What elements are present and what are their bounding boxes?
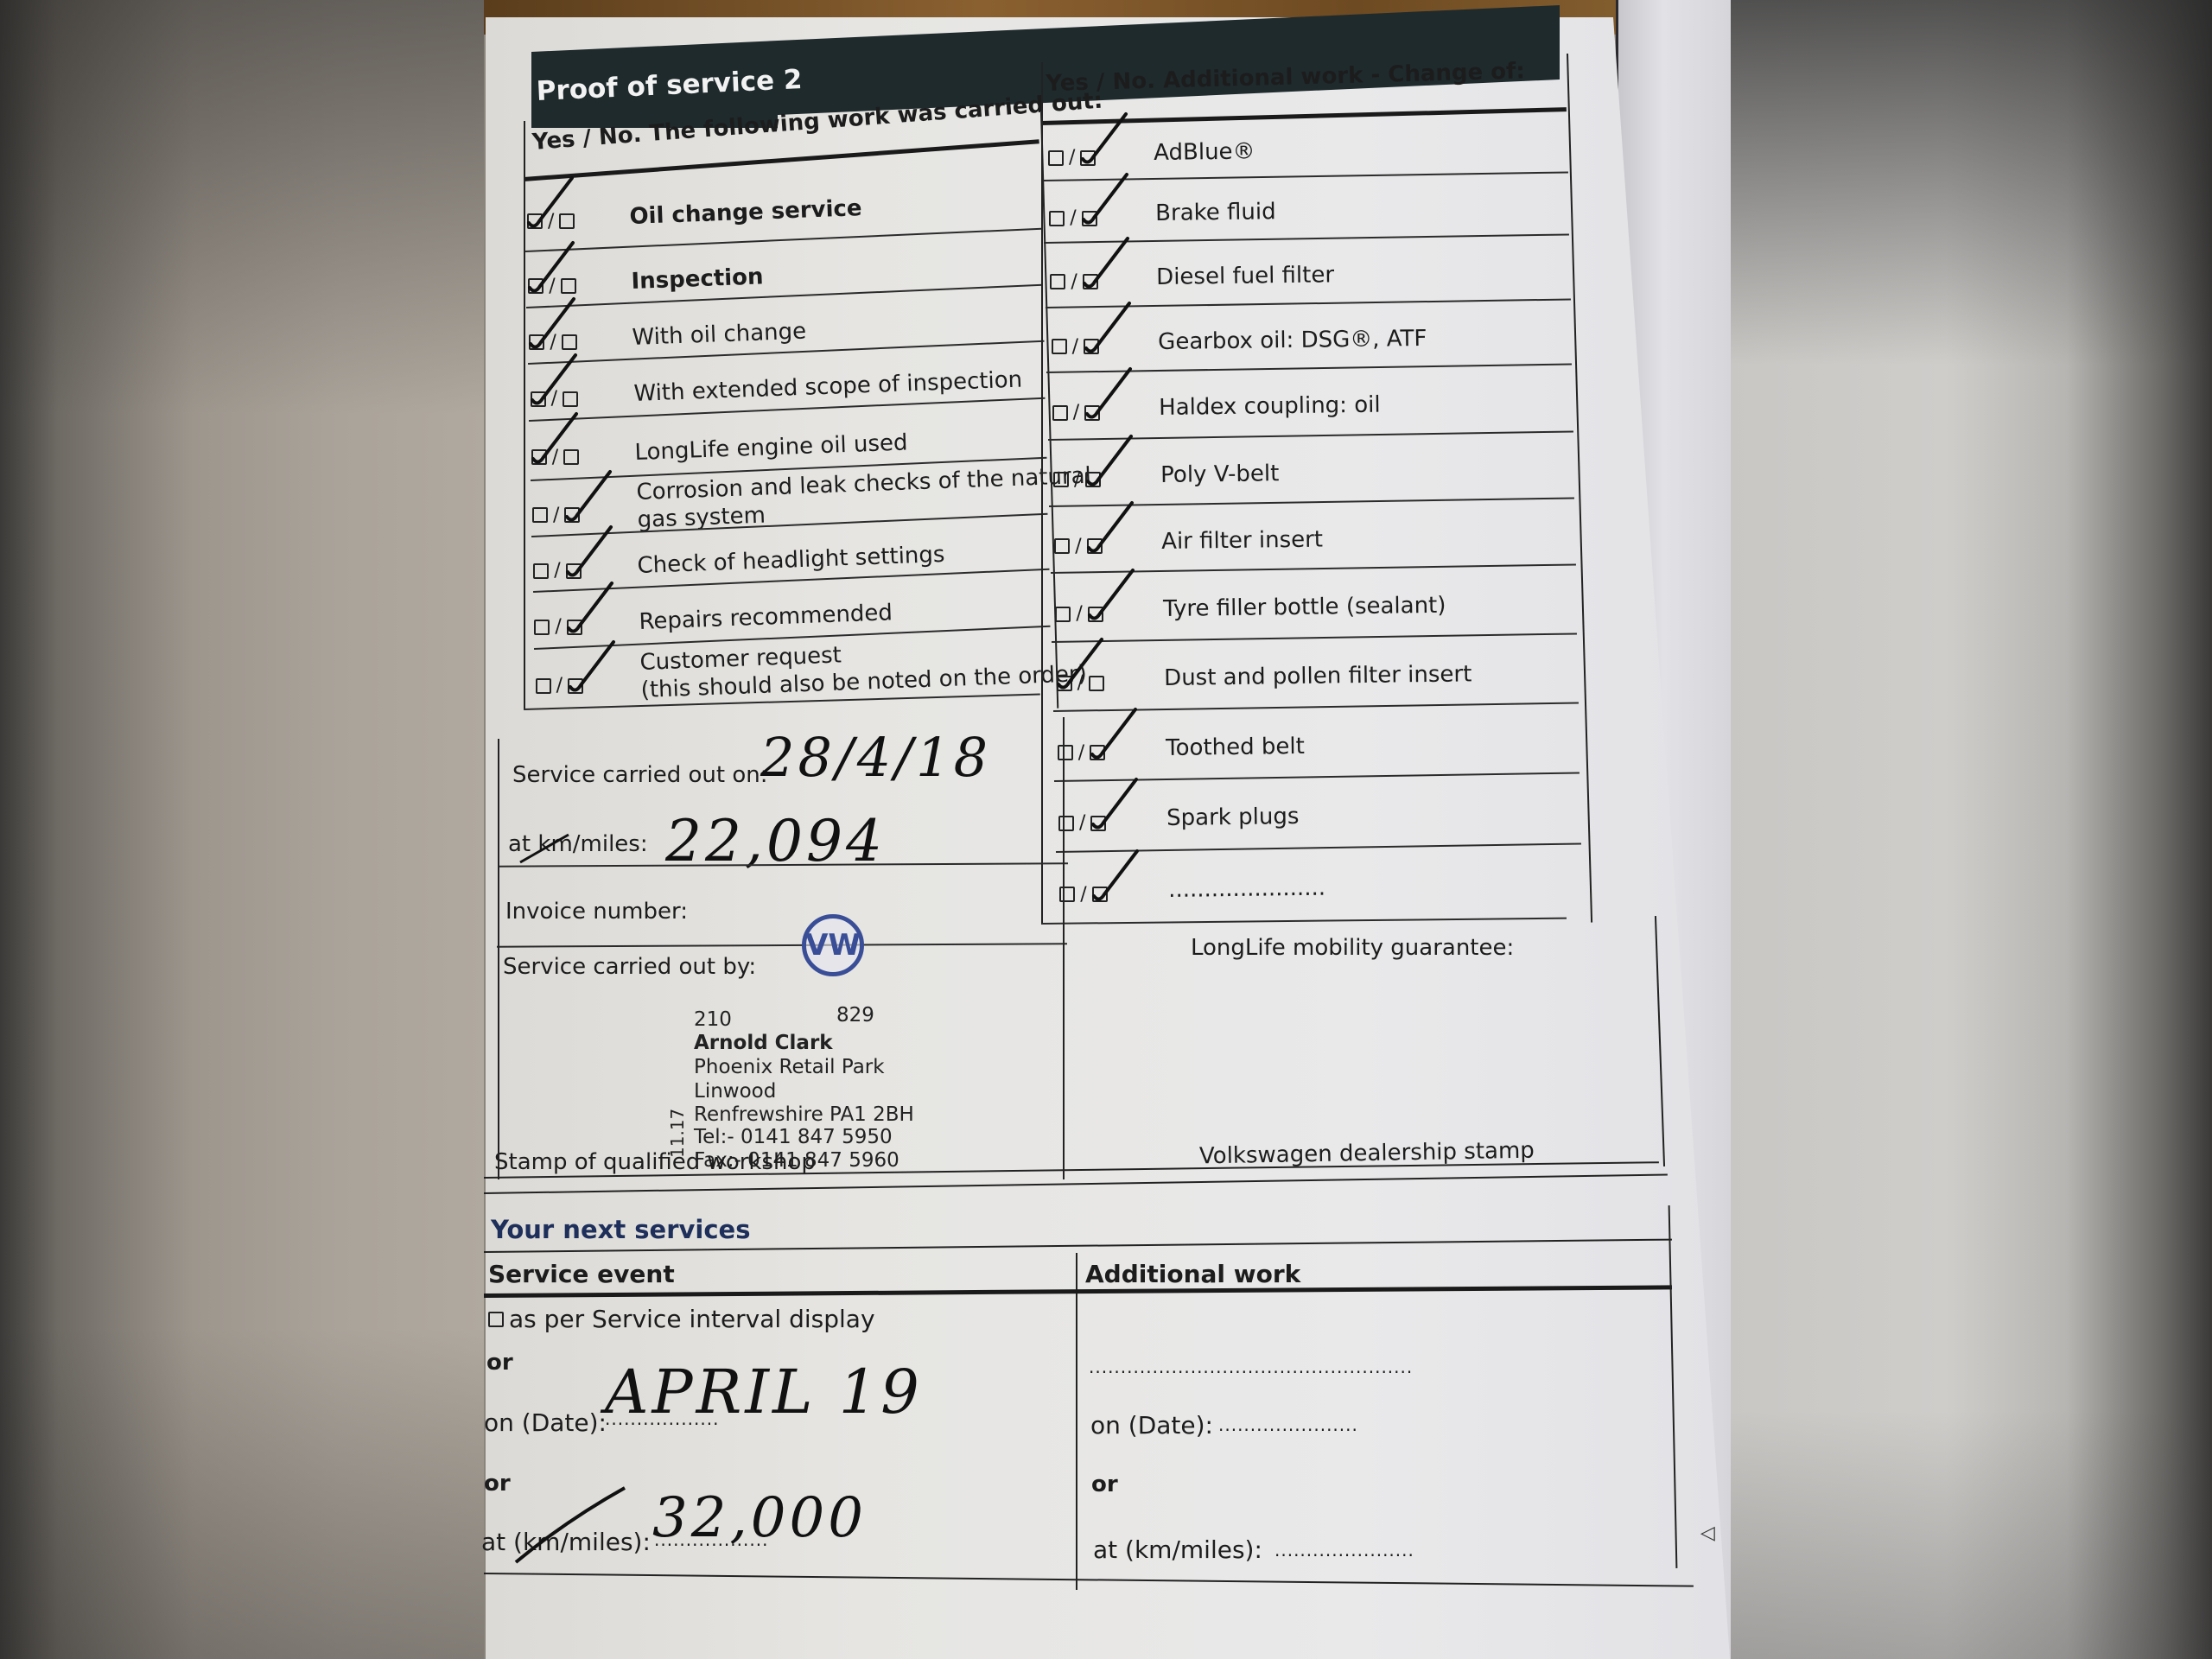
yes-checkbox[interactable] [1052,405,1068,421]
yes-no-checkboxes[interactable]: / [1055,603,1103,625]
yes-no-checkboxes[interactable]: / [1054,536,1102,557]
or-label-2: or [484,1471,511,1497]
frame-line [1063,717,1065,1179]
yes-checkbox[interactable] [1050,274,1065,289]
yes-checkbox[interactable] [529,334,544,350]
no-checkbox[interactable] [559,213,575,229]
yes-checkbox[interactable] [1049,211,1065,226]
slash: / [1076,603,1082,625]
next-date-label: on (Date): [484,1408,607,1437]
slash: / [1079,812,1085,834]
slash: / [1073,402,1079,423]
service-date-label: Service carried out on: [512,762,767,788]
row-label: Toothed belt [1166,733,1305,760]
no-checkbox[interactable] [568,678,583,694]
row-label: Brake fluid [1155,199,1276,226]
column-divider [1076,1253,1077,1590]
yes-no-checkboxes[interactable]: / [1049,207,1096,229]
yes-no-checkboxes[interactable]: / [534,616,582,638]
stamp-tel: Tel:- 0141 847 5950 [694,1126,893,1148]
stamp-address-3: Renfrewshire PA1 2BH [694,1103,914,1126]
frame-line [524,121,525,709]
yes-checkbox[interactable] [531,449,547,465]
slash: / [1069,147,1075,168]
no-checkbox[interactable] [1092,887,1108,902]
additional-work-dots: ........................................… [1089,1357,1413,1377]
no-checkbox[interactable] [563,449,579,465]
no-checkbox[interactable] [1082,211,1097,226]
slash: / [555,616,561,638]
no-checkbox[interactable] [1084,405,1100,421]
additional-or-label: or [1091,1471,1118,1497]
yes-checkbox[interactable] [1057,676,1072,691]
yes-no-checkboxes[interactable]: / [532,505,580,526]
yes-no-checkboxes[interactable]: / [1059,884,1107,906]
next-services-title: Your next services [491,1215,750,1244]
frame-line [1041,62,1043,923]
no-checkbox[interactable] [563,391,578,407]
row-label: Dust and pollen filter insert [1164,661,1472,691]
yes-no-checkboxes[interactable]: / [1058,742,1105,764]
additional-date-label: on (Date): [1090,1411,1213,1440]
slash: / [1071,271,1077,293]
slash: / [552,447,558,468]
yes-no-checkboxes[interactable]: / [527,211,575,232]
no-checkbox[interactable] [561,278,576,294]
slash: / [550,332,556,353]
yes-checkbox[interactable] [533,563,549,579]
invoice-number-label: Invoice number: [505,899,688,925]
yes-no-checkboxes[interactable]: / [529,332,576,353]
interval-option[interactable]: as per Service interval display [488,1305,875,1333]
guarantee-label: LongLife mobility guarantee: [1191,935,1514,961]
yes-checkbox[interactable] [1052,339,1067,354]
additional-date-dots: ...................... [1218,1414,1358,1435]
yes-no-checkboxes[interactable]: / [533,560,581,582]
stamp-address-1: Phoenix Retail Park [694,1056,885,1078]
slash: / [1070,207,1076,229]
slash: / [553,505,559,526]
no-checkbox[interactable] [1083,274,1098,289]
row-label: ...................... [1168,874,1325,902]
service-date-value[interactable]: 28/4/18 [760,726,991,789]
yes-no-checkboxes[interactable]: / [531,447,579,468]
slash: / [1075,536,1081,557]
additional-mileage-dots: ...................... [1274,1540,1414,1560]
frame-line [498,739,499,1179]
row-label: Spark plugs [1166,804,1300,831]
yes-no-checkboxes[interactable]: / [1057,672,1104,694]
page-marker-icon: ◁ [1700,1522,1715,1544]
slash: / [1074,469,1080,491]
row-label: Tyre filler bottle (sealant) [1163,593,1446,622]
row-label: Inspection [631,264,764,295]
no-checkbox[interactable] [1087,538,1103,554]
yes-no-checkboxes[interactable]: / [1048,147,1096,168]
row-label: AdBlue® [1154,138,1255,166]
row-label: Air filter insert [1161,526,1323,554]
slash: / [1077,672,1084,694]
yes-no-checkboxes[interactable]: / [528,276,575,297]
yes-no-checkboxes[interactable]: / [1058,812,1106,834]
no-checkbox[interactable] [1085,472,1101,487]
stamp-code-left: 210 [694,1008,732,1031]
workshop-stamp-label: Stamp of qualified workshop [494,1149,816,1175]
interval-option-label: as per Service interval display [509,1305,875,1333]
yes-no-checkboxes[interactable]: / [531,388,578,410]
slash: / [556,675,563,696]
additional-mileage-label: at (km/miles): [1093,1535,1262,1564]
carried-out-by-label: Service carried out by: [503,954,756,980]
yes-checkbox[interactable] [1058,745,1073,760]
mileage-label: at km/miles: [508,831,648,857]
next-mileage-value[interactable]: 32,000 [652,1486,867,1550]
slash: / [1078,742,1084,764]
slash: / [549,276,555,297]
yes-no-checkboxes[interactable]: / [1052,402,1100,423]
yes-checkbox[interactable] [528,278,543,294]
slash: / [554,560,560,582]
yes-checkbox[interactable] [1054,538,1070,554]
yes-checkbox[interactable] [1048,150,1064,166]
no-checkbox[interactable] [1090,745,1105,760]
yes-checkbox[interactable] [531,391,546,407]
interval-checkbox[interactable] [488,1312,504,1327]
yes-checkbox[interactable] [1055,607,1071,622]
yes-no-checkboxes[interactable]: / [1052,336,1099,358]
slash: / [1072,336,1078,358]
stamp-dealer-name: Arnold Clark [694,1032,833,1054]
no-checkbox[interactable] [1088,607,1103,622]
row-label: Diesel fuel filter [1156,262,1334,290]
no-checkbox[interactable] [566,563,582,579]
yes-checkbox[interactable] [534,620,550,635]
next-mileage-label: at (km/miles): [481,1528,651,1556]
no-checkbox[interactable] [1090,816,1106,831]
slash: / [1080,884,1086,906]
row-label: Poly V-belt [1160,461,1279,488]
yes-checkbox[interactable] [527,213,543,229]
background-left [0,0,484,1659]
no-checkbox[interactable] [1089,676,1104,691]
slash: / [551,388,557,410]
yes-checkbox[interactable] [1053,472,1069,487]
stamp-address-2: Linwood [694,1080,776,1103]
next-date-value[interactable]: APRIL 19 [605,1357,923,1427]
row-label: Gearbox oil: DSG®, ATF [1158,325,1427,354]
or-label: or [486,1350,513,1376]
col-additional-work: Additional work [1085,1260,1300,1288]
yes-no-checkboxes[interactable]: / [536,675,583,696]
no-checkbox[interactable] [1084,339,1099,354]
yes-checkbox[interactable] [532,507,548,523]
no-checkbox[interactable] [564,507,580,523]
yes-checkbox[interactable] [1058,816,1074,831]
row-label: Haldex coupling: oil [1159,392,1381,421]
yes-no-checkboxes[interactable]: / [1053,469,1101,491]
col-service-event: Service event [488,1260,675,1288]
no-checkbox[interactable] [562,334,577,350]
yes-checkbox[interactable] [1059,887,1075,902]
yes-checkbox[interactable] [536,678,551,694]
no-checkbox[interactable] [567,620,582,635]
slash: / [548,211,554,232]
no-checkbox[interactable] [1080,150,1096,166]
vw-logo-icon: VW [802,914,864,976]
background-right [1728,0,2212,1659]
yes-no-checkboxes[interactable]: / [1050,271,1097,293]
stamp-code-right: 829 [836,1004,874,1027]
